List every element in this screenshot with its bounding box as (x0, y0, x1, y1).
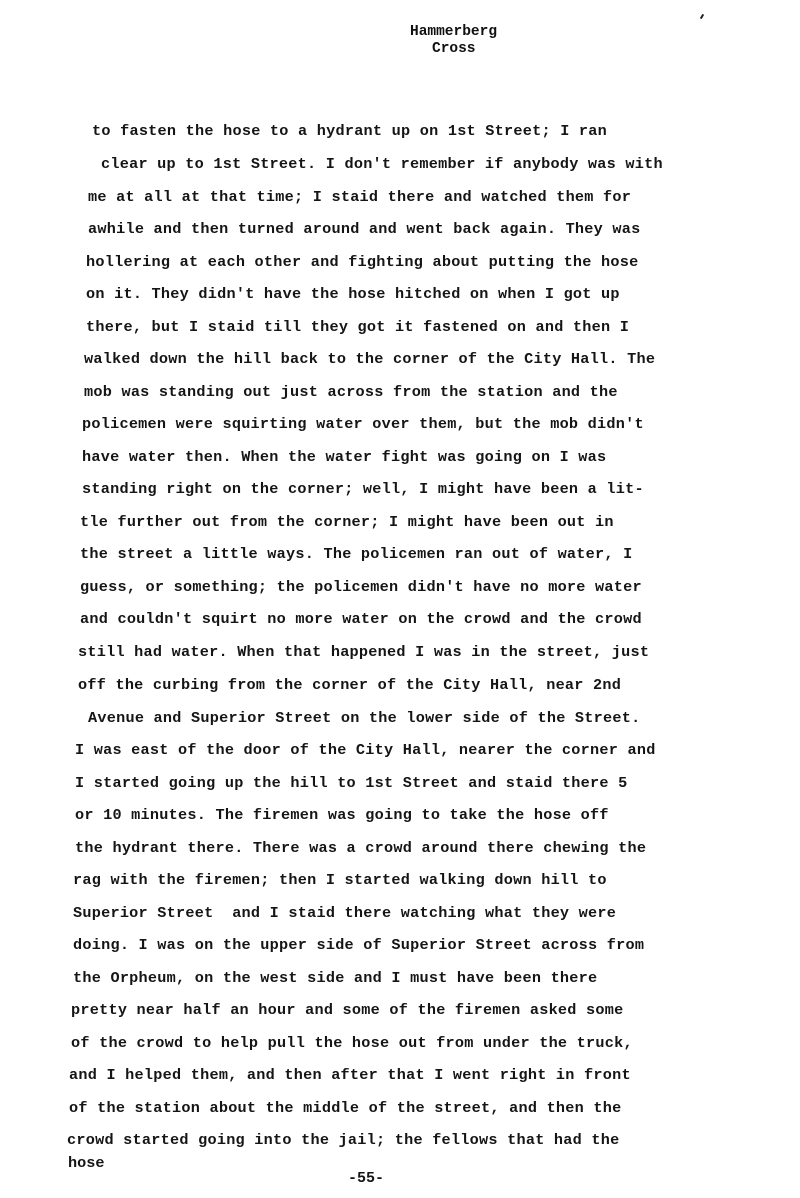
transcript-line: and I helped them, and then after that I… (69, 1066, 631, 1084)
transcript-line: and couldn't squirt no more water on the… (80, 610, 642, 628)
transcript-line: tle further out from the corner; I might… (80, 513, 614, 531)
transcript-line: standing right on the corner; well, I mi… (82, 480, 644, 498)
transcript-line: on it. They didn't have the hose hitched… (86, 285, 620, 303)
transcript-line: there, but I staid till they got it fast… (86, 318, 629, 336)
transcript-line: the street a little ways. The policemen … (80, 545, 632, 563)
transcript-line: of the crowd to help pull the hose out f… (71, 1034, 633, 1052)
transcript-line: hollering at each other and fighting abo… (86, 253, 638, 271)
transcript-line: I started going up the hill to 1st Stree… (75, 774, 627, 792)
transcript-line: the hydrant there. There was a crowd aro… (75, 839, 646, 857)
transcript-line: me at all at that time; I staid there an… (88, 188, 631, 206)
examination-type: Cross (432, 41, 476, 58)
transcript-line: crowd started going into the jail; the f… (67, 1131, 619, 1149)
transcript-line: still had water. When that happened I wa… (78, 643, 649, 661)
transcript-line: I was east of the door of the City Hall,… (75, 741, 656, 759)
transcript-line: Avenue and Superior Street on the lower … (88, 709, 640, 727)
transcript-line: awhile and then turned around and went b… (88, 220, 640, 238)
transcript-line: walked down the hill back to the corner … (84, 350, 655, 368)
transcript-trailing-word: hose (68, 1154, 104, 1172)
transcript-line: rag with the firemen; then I started wal… (73, 871, 607, 889)
transcript-line: to fasten the hose to a hydrant up on 1s… (92, 122, 607, 140)
transcript-line: or 10 minutes. The firemen was going to … (75, 806, 609, 824)
transcript-line: have water then. When the water fight wa… (82, 448, 606, 466)
transcript-line: doing. I was on the upper side of Superi… (73, 936, 644, 954)
stray-ink-mark (700, 14, 704, 19)
transcript-line: mob was standing out just across from th… (84, 383, 618, 401)
transcript-line: guess, or something; the policemen didn'… (80, 578, 642, 596)
transcript-line: clear up to 1st Street. I don't remember… (101, 155, 663, 173)
witness-name: Hammerberg (410, 24, 497, 41)
transcript-line: pretty near half an hour and some of the… (71, 1001, 623, 1019)
transcript-line: policemen were squirting water over them… (82, 415, 644, 433)
transcript-line: of the station about the middle of the s… (69, 1099, 621, 1117)
page-number: -55- (348, 1170, 384, 1187)
transcript-line: off the curbing from the corner of the C… (78, 676, 621, 694)
transcript-line: Superior Street and I staid there watchi… (73, 904, 616, 922)
transcript-line: the Orpheum, on the west side and I must… (73, 969, 597, 987)
